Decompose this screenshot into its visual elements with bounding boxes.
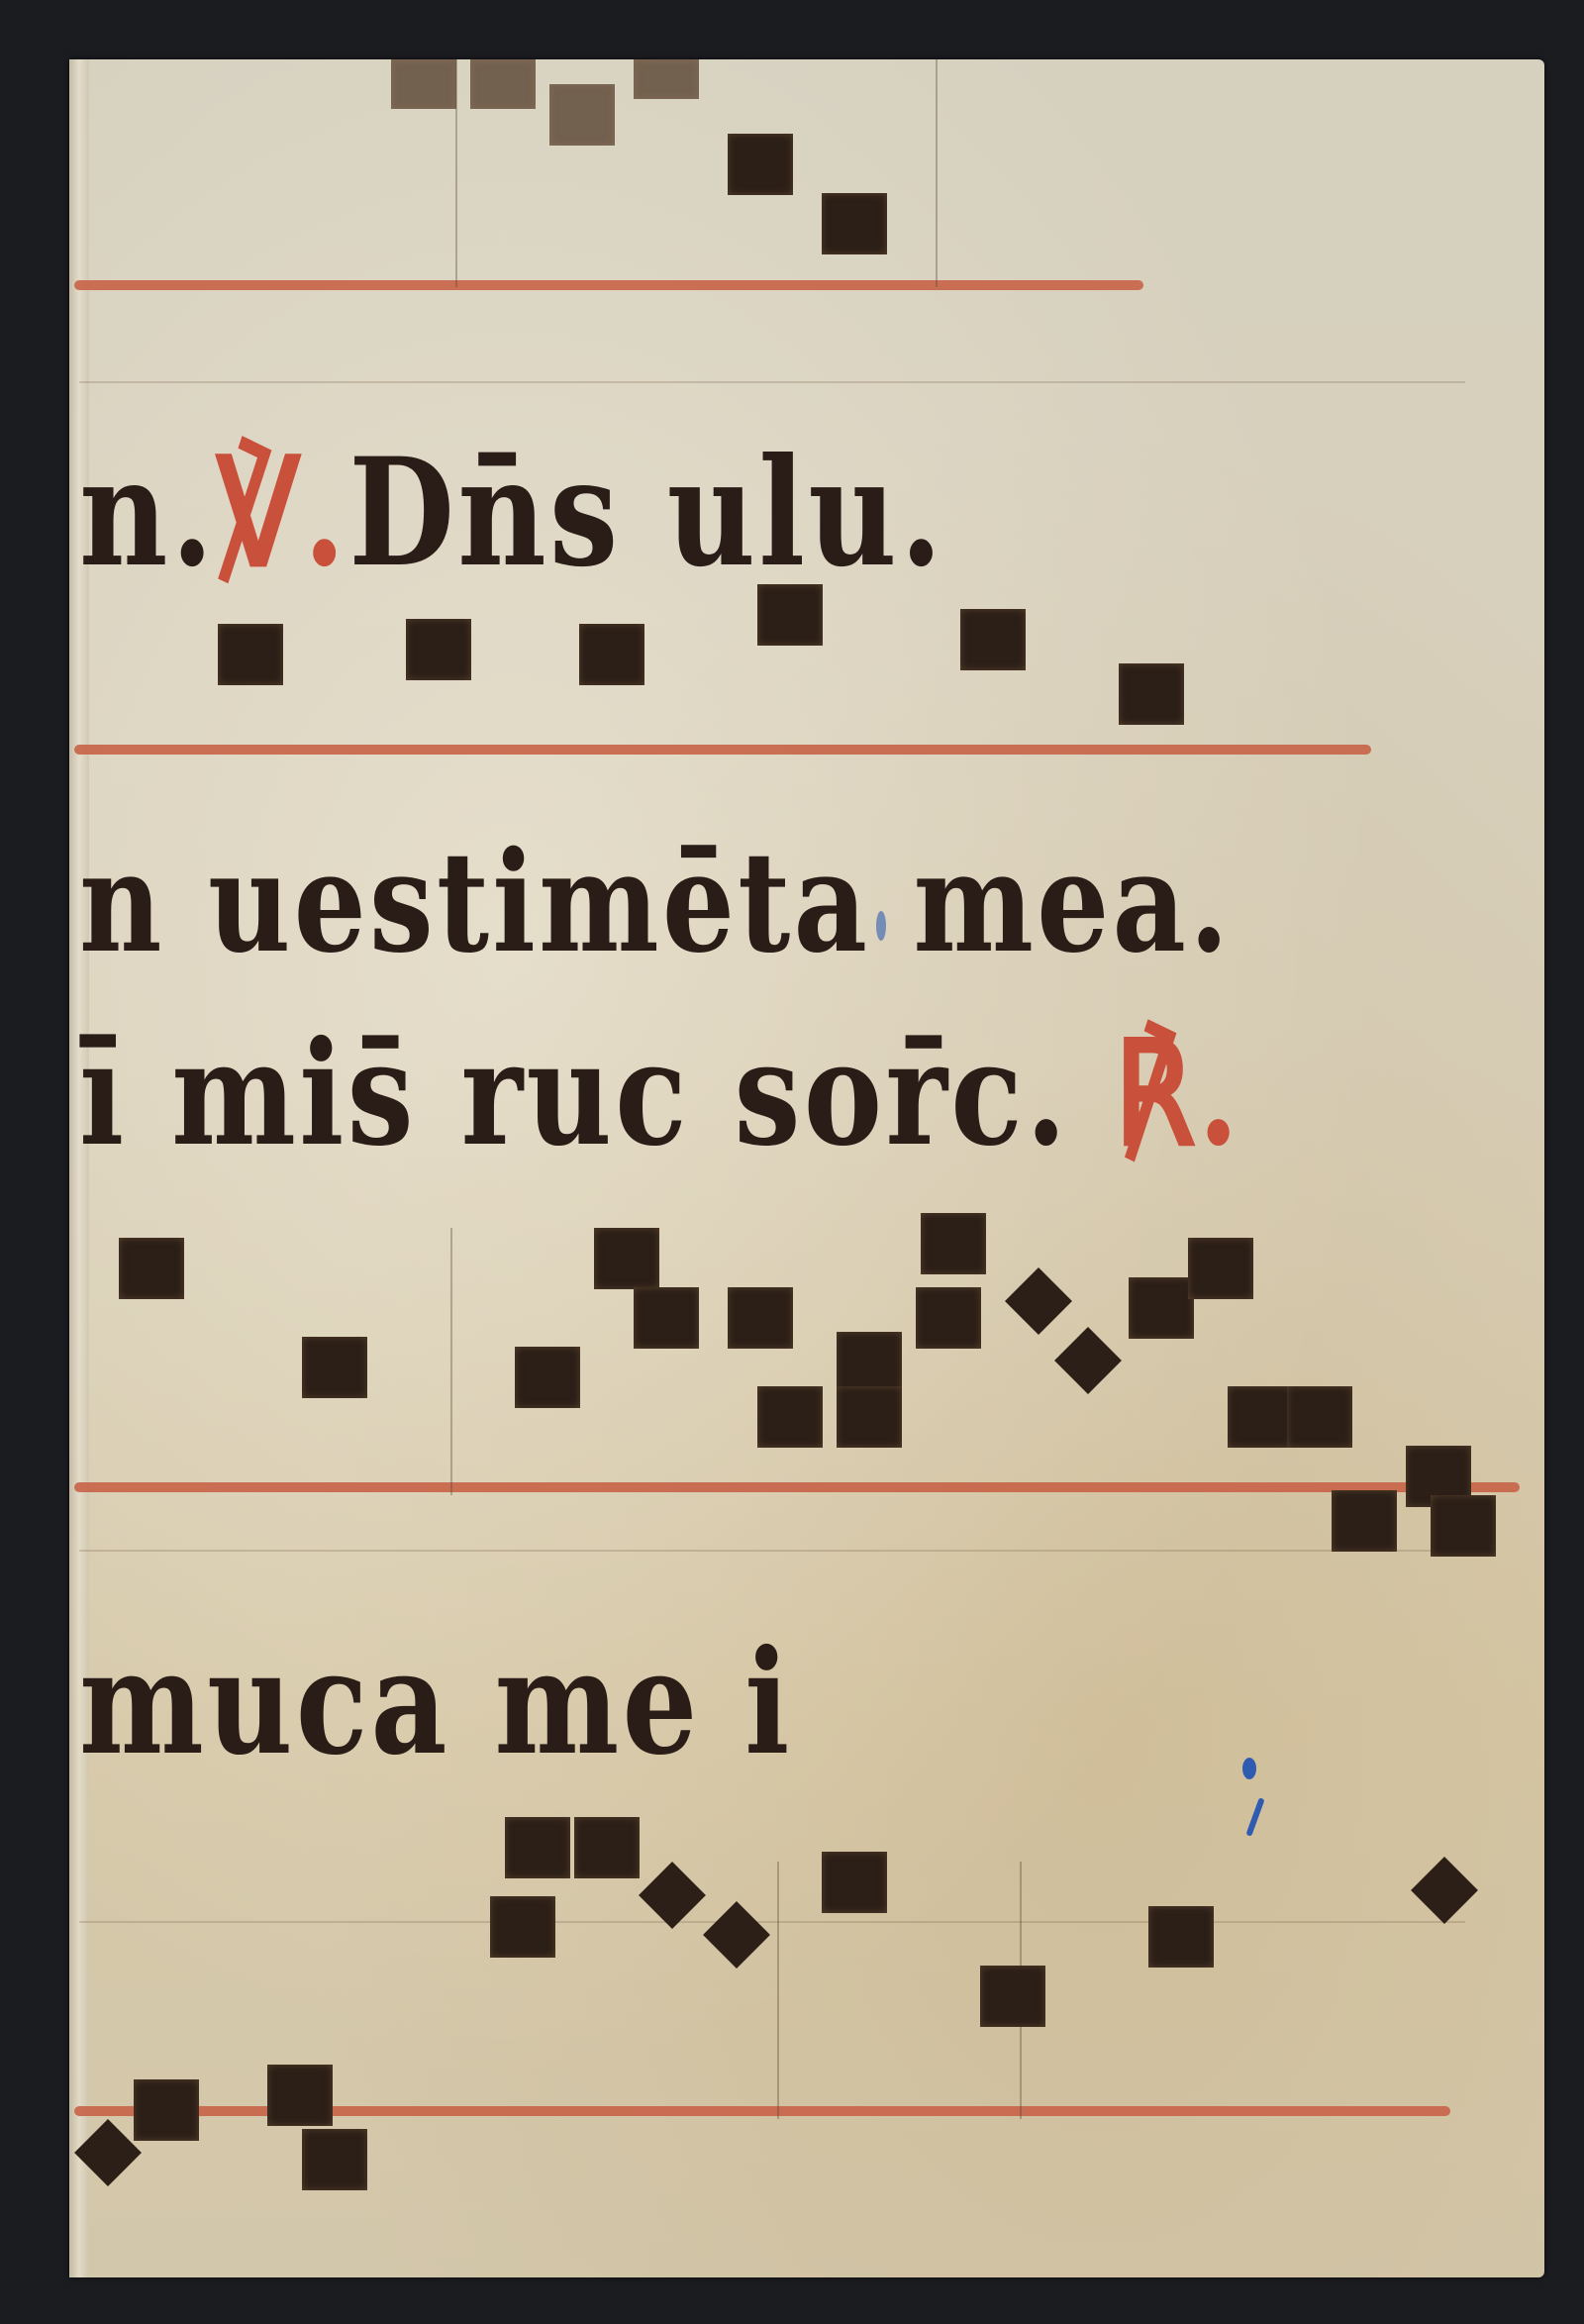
music-note [634,1287,699,1349]
music-note [757,584,823,646]
lyric-line-4: muca me i [79,1619,793,1787]
music-note [921,1213,986,1274]
music-note [634,59,699,99]
music-note [1129,1277,1194,1339]
music-note [579,624,644,685]
music-note [119,1238,184,1299]
ruling-line [79,1550,1465,1552]
lyric-fragment: n. [79,426,217,600]
lyric-line-1: n.℣.Dn̄s ulu. [79,426,945,600]
response-rubric: ℟. [1114,1010,1241,1178]
music-note [837,1332,902,1393]
lyric-fragment: Dn̄s ulu. [348,426,945,600]
lyric-fragment: n uestimēta mea. [79,822,1232,984]
music-note [1332,1490,1397,1552]
staff-line-red [74,745,1371,755]
music-note [218,624,283,685]
versicle-rubric: ℣. [217,426,349,600]
music-note [837,1386,902,1448]
blue-ink-mark [1242,1758,1256,1779]
music-note [505,1817,570,1878]
music-note [490,1896,555,1958]
music-note [1148,1906,1214,1968]
music-note [574,1817,640,1878]
music-note [406,619,471,680]
ruling-line [79,381,1465,383]
ruling-line [79,1921,1465,1923]
music-note [916,1287,981,1349]
blue-ink-mark [876,911,886,941]
lyric-line-3: ī mis̄ ruc sor̄c. ℟. [79,1010,1242,1178]
music-note [594,1228,659,1289]
music-note [515,1347,580,1408]
music-note [980,1966,1045,2027]
music-note [391,59,456,109]
bar-line [450,1228,452,1495]
lyric-line-2: n uestimēta mea. [79,822,1232,984]
music-note [302,2129,367,2190]
music-note [1431,1495,1496,1557]
music-note [470,59,536,109]
staff-line-red [74,280,1143,290]
music-note [960,609,1026,670]
lyric-fragment: ī mis̄ ruc sor̄c. [79,1010,1070,1178]
music-note [728,1287,793,1349]
lyric-fragment: muca me i [79,1619,793,1787]
bar-line [936,59,938,287]
music-note [1228,1386,1293,1448]
music-note [134,2079,199,2141]
music-note [549,84,615,146]
music-note [267,2065,333,2126]
music-note [1188,1238,1253,1299]
music-note [1287,1386,1352,1448]
music-note [757,1386,823,1448]
staff-line-red [74,1482,1520,1492]
music-note [822,1852,887,1913]
music-note [1119,663,1184,725]
music-note [302,1337,367,1398]
music-note [822,193,887,254]
bar-line [777,1862,779,2119]
music-note [728,134,793,195]
